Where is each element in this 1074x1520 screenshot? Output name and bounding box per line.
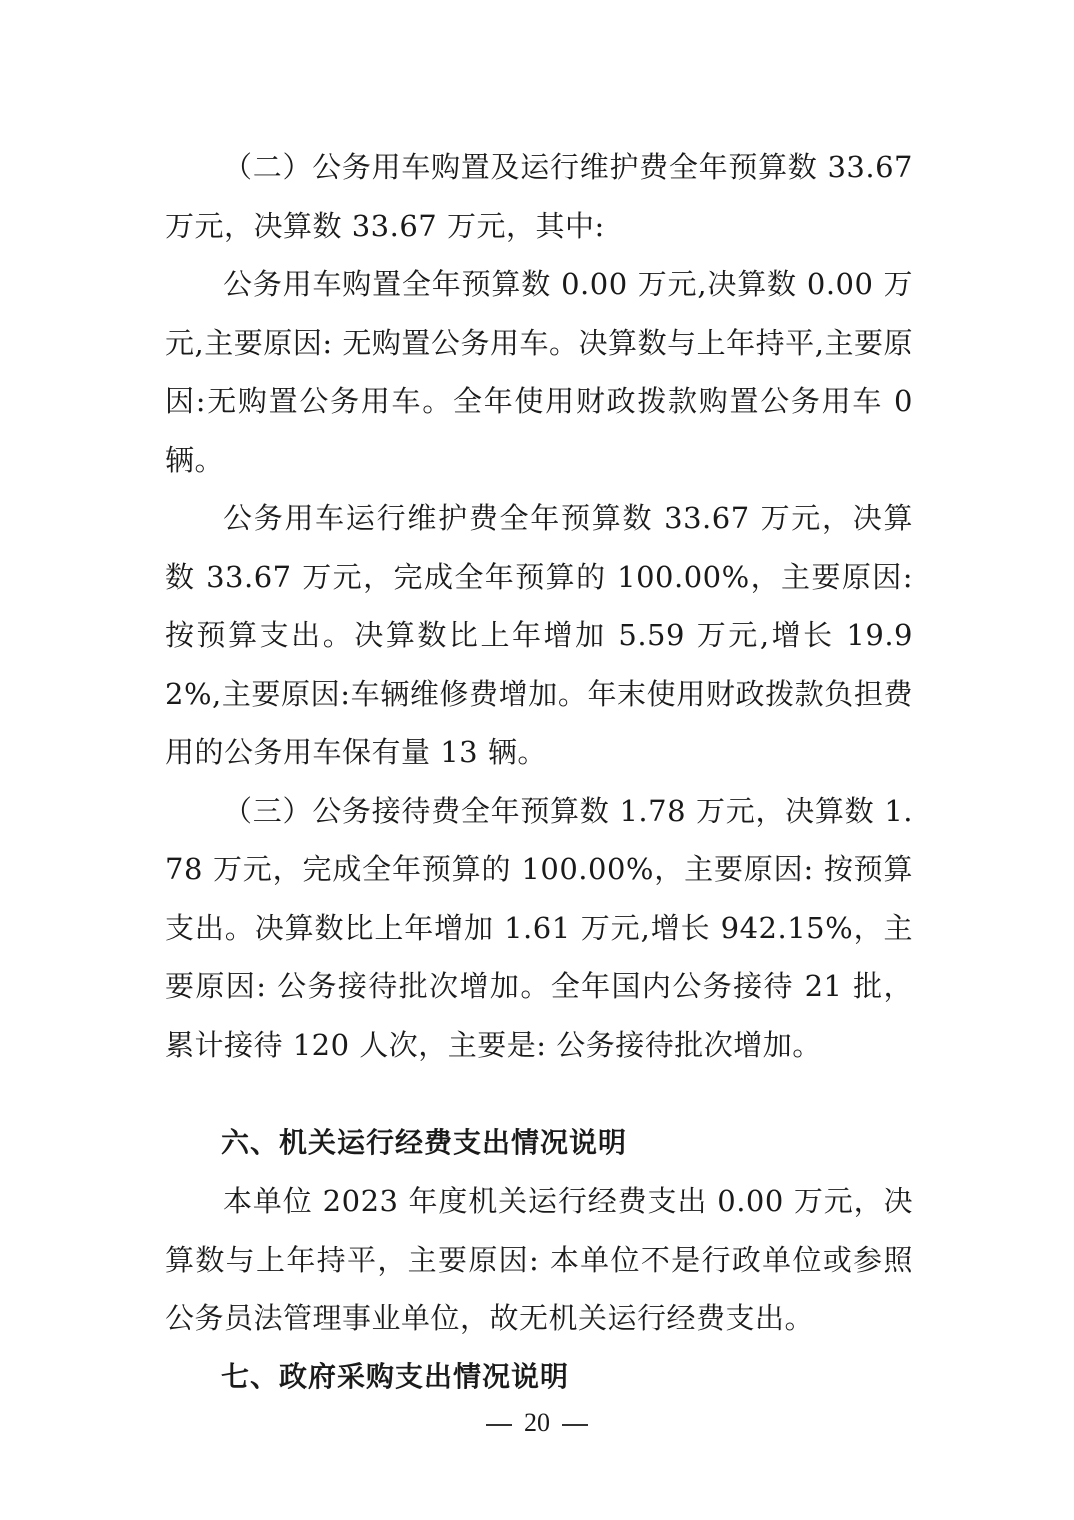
paragraph-operating-expenses: 本单位 2023 年度机关运行经费支出 0.00 万元，决算数与上年持平，主要原… xyxy=(165,1172,913,1348)
section-heading-operating-expenses: 六、机关运行经费支出情况说明 xyxy=(165,1114,913,1172)
footer-dash-right xyxy=(562,1424,588,1426)
paragraph-vehicle-purchase: 公务用车购置全年预算数 0.00 万元,决算数 0.00 万元,主要原因: 无购… xyxy=(165,255,913,489)
section-spacer xyxy=(165,1074,913,1114)
page-footer: 20 xyxy=(0,1408,1074,1438)
section-heading-government-procurement: 七、政府采购支出情况说明 xyxy=(165,1348,913,1406)
paragraph-vehicle-maintenance: 公务用车运行维护费全年预算数 33.67 万元，决算数 33.67 万元，完成全… xyxy=(165,489,913,782)
paragraph-vehicle-costs-summary: （二）公务用车购置及运行维护费全年预算数 33.67 万元，决算数 33.67 … xyxy=(165,138,913,255)
footer-dash-left xyxy=(486,1424,512,1426)
paragraph-reception-costs: （三）公务接待费全年预算数 1.78 万元，决算数 1.78 万元，完成全年预算… xyxy=(165,782,913,1075)
page-number: 20 xyxy=(524,1408,550,1437)
document-page: （二）公务用车购置及运行维护费全年预算数 33.67 万元，决算数 33.67 … xyxy=(165,138,913,1406)
